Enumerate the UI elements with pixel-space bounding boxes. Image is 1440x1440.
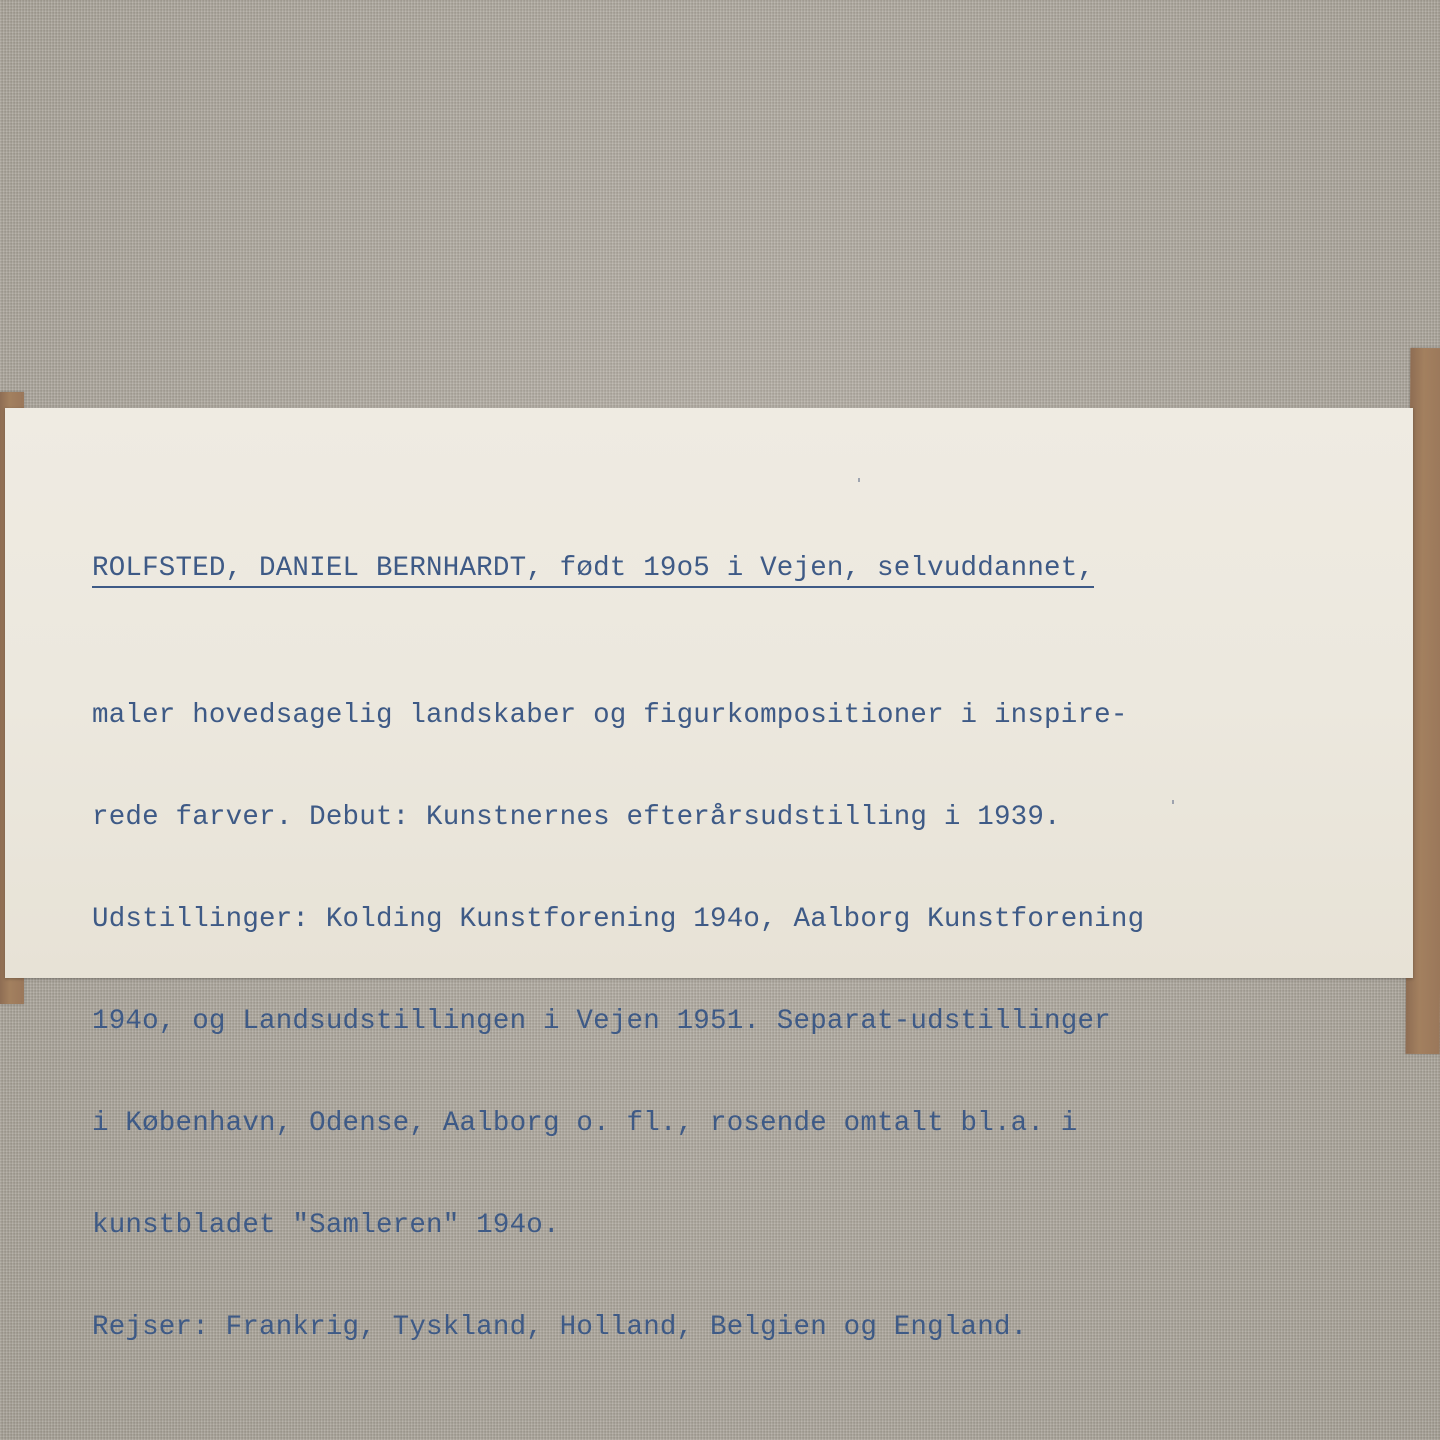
label-line: i København, Odense, Aalborg o. fl., ros… [92,1107,1144,1141]
label-line: kunstbladet "Samleren" 194o. [92,1209,1144,1243]
label-line: Udstillinger: Kolding Kunstforening 194o… [92,903,1144,937]
label-line: Rejser: Frankrig, Tyskland, Holland, Bel… [92,1311,1144,1345]
label-body: maler hovedsagelig landskaber og figurko… [92,631,1144,1413]
label-heading: ROLFSTED, DANIEL BERNHARDT, født 19o5 i … [92,553,1094,588]
label-line: maler hovedsagelig landskaber og figurko… [92,699,1144,733]
typed-label-paper: ROLFSTED, DANIEL BERNHARDT, født 19o5 i … [5,408,1413,978]
ink-speck [1172,800,1174,804]
label-line: rede farver. Debut: Kunstnernes efterårs… [92,801,1144,835]
ink-speck [858,478,860,482]
label-line: 194o, og Landsudstillingen i Vejen 1951.… [92,1005,1144,1039]
